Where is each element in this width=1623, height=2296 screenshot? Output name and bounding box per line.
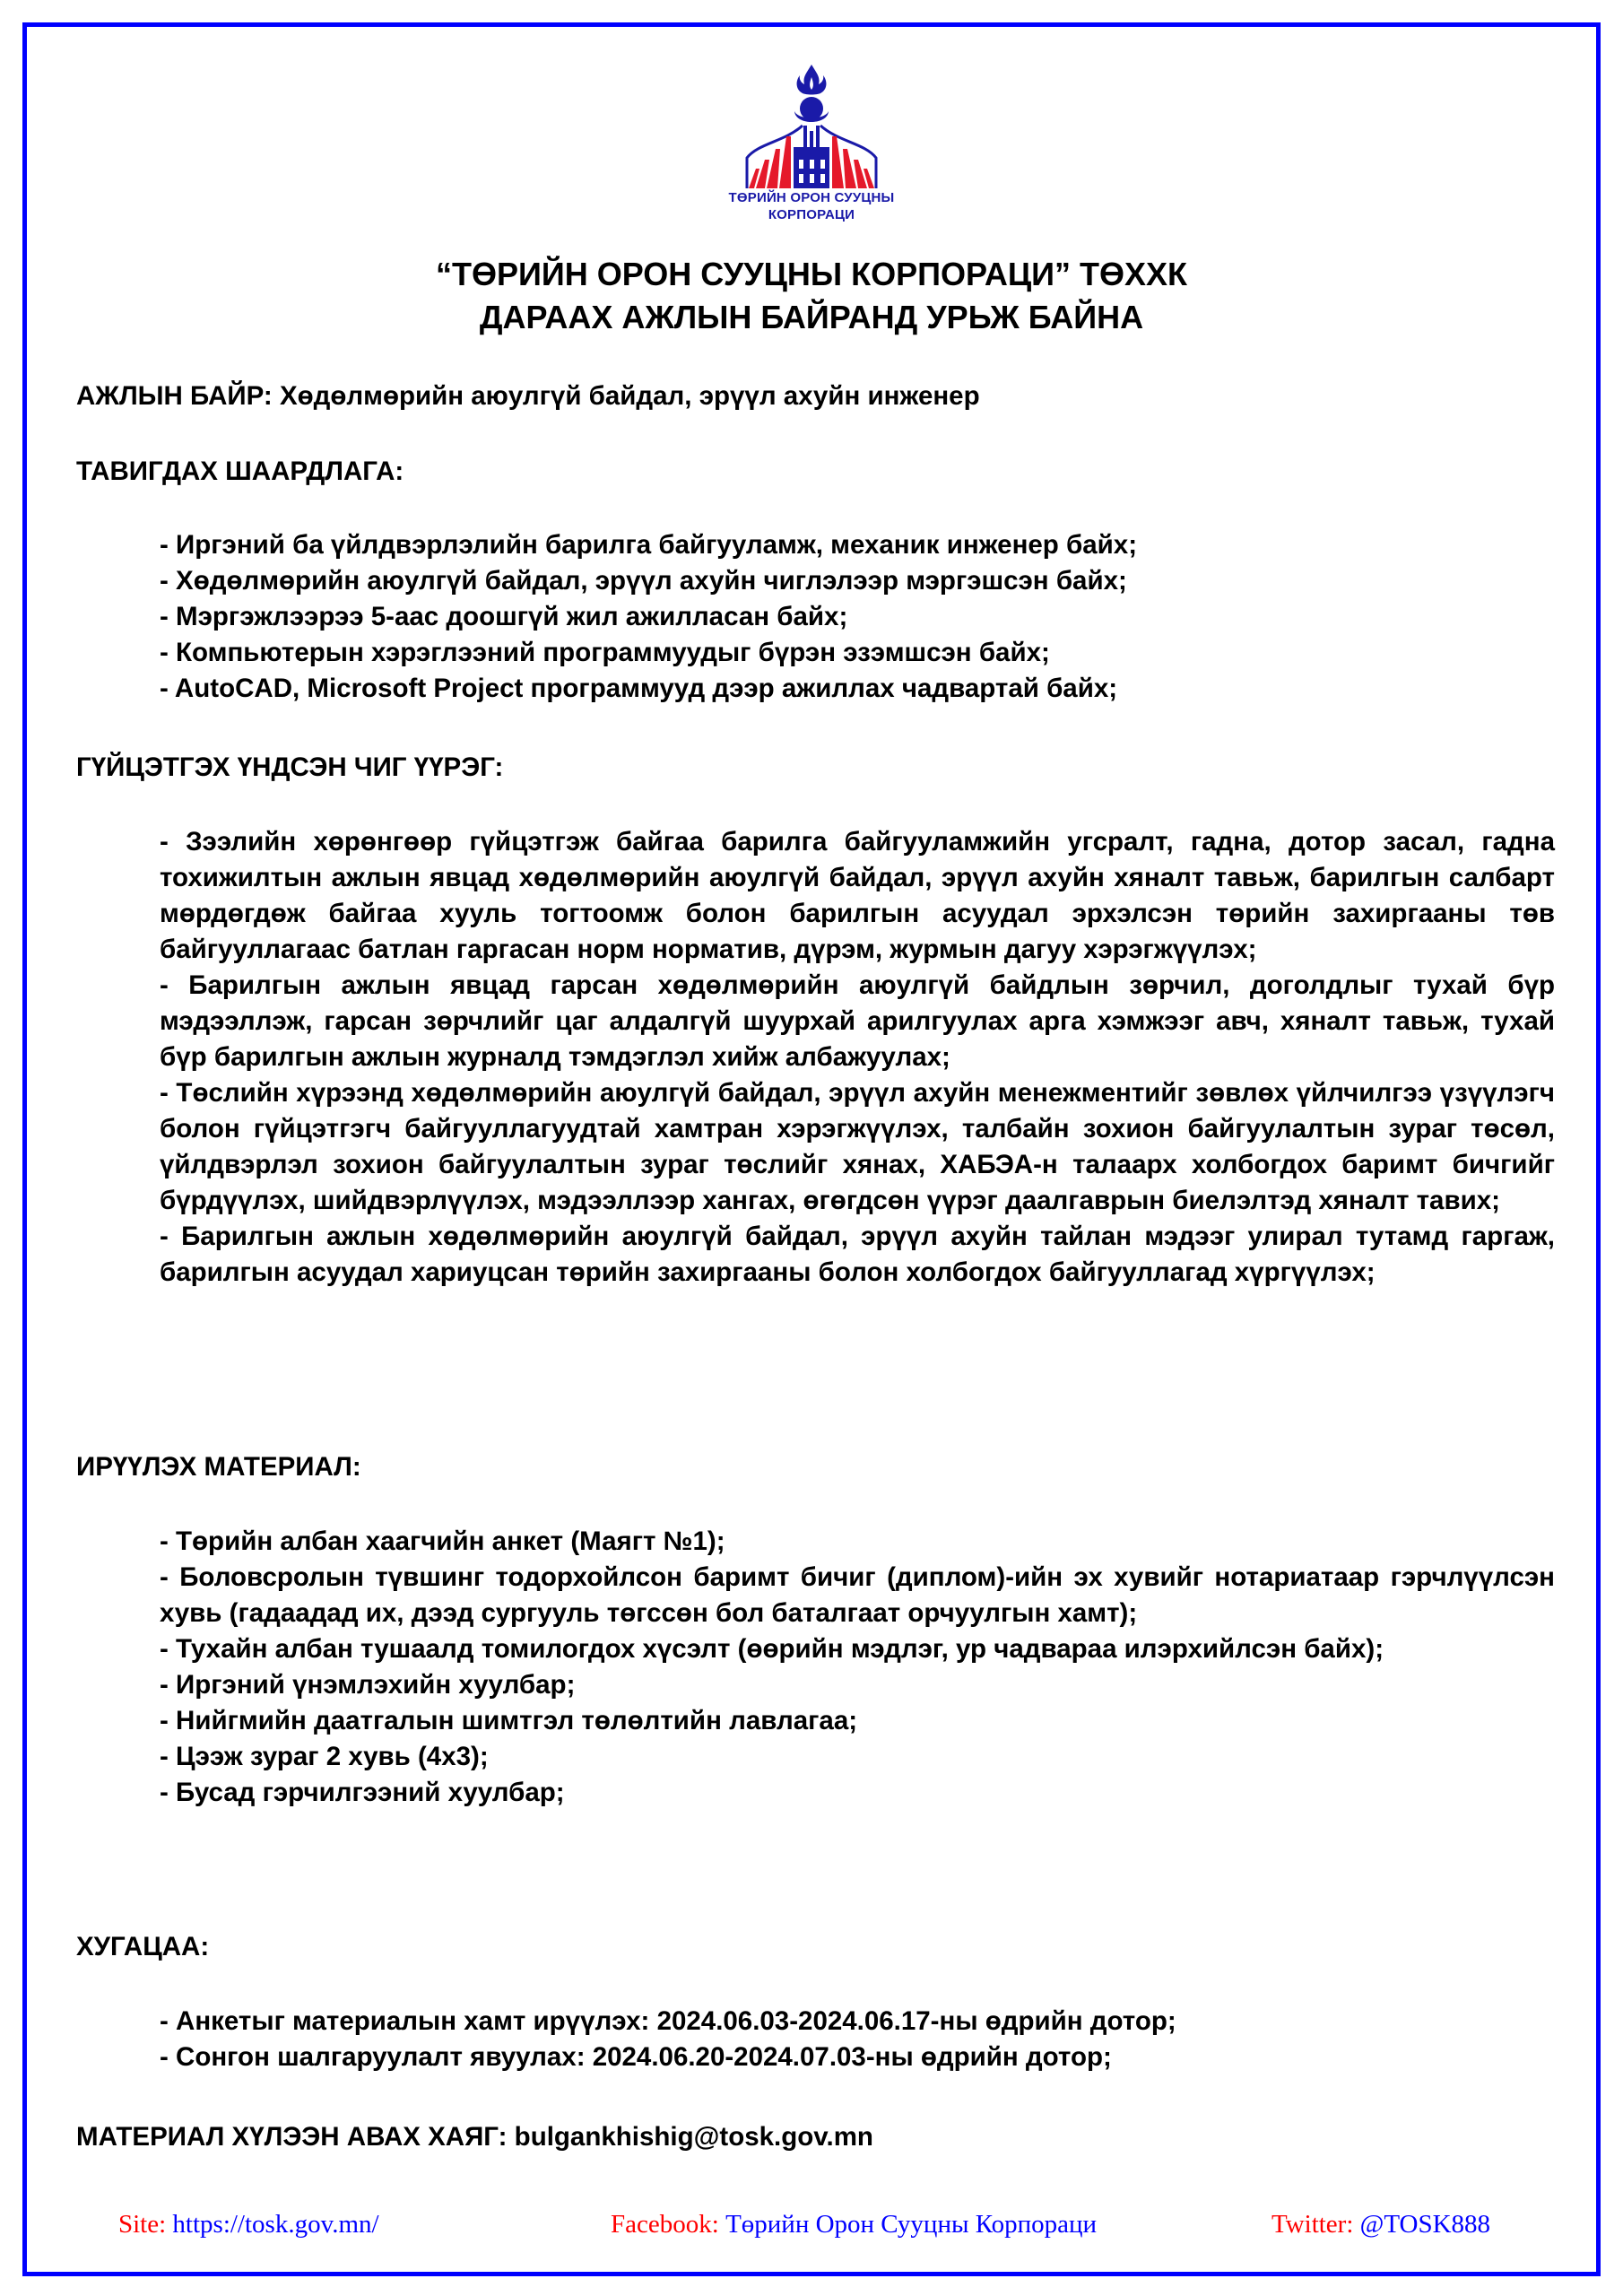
footer-twitter: Twitter: @TOSK888 <box>1271 2208 1490 2240</box>
footer-twitter-label: Twitter: <box>1271 2210 1353 2239</box>
list-item: - Төрийн албан хаагчийн анкет (Маягт №1)… <box>160 1524 1555 1560</box>
list-item: - Боловсролын түвшинг тодорхойлсон барим… <box>160 1560 1555 1631</box>
list-item: - Компьютерын хэрэглээний программуудыг … <box>160 635 1555 671</box>
footer-site-link[interactable]: https://tosk.gov.mn/ <box>172 2210 378 2239</box>
deadline-list: - Анкетыг материалын хамт ирүүлэх: 2024.… <box>160 2004 1555 2075</box>
list-item: - Барилгын ажлын хөдөлмөрийн аюулгүй бай… <box>160 1219 1555 1291</box>
footer-facebook-label: Facebook: <box>611 2210 719 2239</box>
requirements-heading: ТАВИГДАХ ШААРДЛАГА: <box>76 454 1556 490</box>
list-item: - Төслийн хүрээнд хөдөлмөрийн аюулгүй ба… <box>160 1075 1555 1219</box>
footer-twitter-link[interactable]: @TOSK888 <box>1360 2210 1490 2239</box>
deadline-heading: ХУГАЦАА: <box>76 1929 1556 1965</box>
duties-heading: ГҮЙЦЭТГЭХ ҮНДСЭН ЧИГ ҮҮРЭГ: <box>76 750 1556 786</box>
title-line-2: ДАРААХ АЖЛЫН БАЙРАНД УРЬЖ БАЙНА <box>0 296 1623 339</box>
contact-email[interactable]: bulgankhishig@tosk.gov.mn <box>515 2122 873 2152</box>
footer-site-label: Site: <box>118 2210 166 2239</box>
logo-wordmark: ТӨРИЙН ОРОН СУУЦНЫ КОРПОРАЦИ <box>699 189 924 223</box>
list-item: - Иргэний ба үйлдвэрлэлийн барилга байгу… <box>160 527 1555 563</box>
contact-address: МАТЕРИАЛ ХҮЛЭЭН АВАХ ХАЯГ: bulgankhishig… <box>76 2119 1556 2155</box>
list-item: - Зээлийн хөрөнгөөр гүйцэтгэж байгаа бар… <box>160 824 1555 968</box>
requirements-list: - Иргэний ба үйлдвэрлэлийн барилга байгу… <box>160 527 1555 707</box>
list-item: - Цээж зураг 2 хувь (4x3); <box>160 1739 1555 1775</box>
list-item: - Тухайн албан тушаалд томилогдох хүсэлт… <box>160 1631 1555 1667</box>
list-item: - AutoCAD, Microsoft Project программууд… <box>160 671 1555 707</box>
footer-facebook: Facebook: Төрийн Орон Сууцны Корпораци <box>611 2208 1097 2240</box>
materials-list: - Төрийн албан хаагчийн анкет (Маягт №1)… <box>160 1524 1555 1811</box>
footer-facebook-link[interactable]: Төрийн Орон Сууцны Корпораци <box>725 2210 1097 2239</box>
logo-line-1: ТӨРИЙН ОРОН СУУЦНЫ <box>699 189 924 206</box>
job-position: АЖЛЫН БАЙР: Хөдөлмөрийн аюулгүй байдал, … <box>76 378 1556 414</box>
list-item: - Иргэний үнэмлэхийн хуулбар; <box>160 1667 1555 1703</box>
list-item: - Бусад гэрчилгээний хуулбар; <box>160 1775 1555 1811</box>
soyombo-building-icon <box>731 61 892 196</box>
list-item: - Хөдөлмөрийн аюулгүй байдал, эрүүл ахуй… <box>160 563 1555 599</box>
job-position-value: Хөдөлмөрийн аюулгүй байдал, эрүүл ахуйн … <box>280 381 980 411</box>
list-item: - Нийгмийн даатгалын шимтгэл төлөлтийн л… <box>160 1703 1555 1739</box>
logo-line-2: КОРПОРАЦИ <box>699 206 924 223</box>
list-item: - Сонгон шалгаруулалт явуулах: 2024.06.2… <box>160 2039 1555 2075</box>
title-line-1: “ТӨРИЙН ОРОН СУУЦНЫ КОРПОРАЦИ” ТӨХХК <box>0 253 1623 296</box>
duties-list: - Зээлийн хөрөнгөөр гүйцэтгэж байгаа бар… <box>160 824 1555 1291</box>
footer-site: Site: https://tosk.gov.mn/ <box>118 2208 379 2240</box>
contact-label: МАТЕРИАЛ ХҮЛЭЭН АВАХ ХАЯГ: <box>76 2122 507 2152</box>
job-position-label: АЖЛЫН БАЙР: <box>76 381 273 411</box>
materials-heading: ИРҮҮЛЭХ МАТЕРИАЛ: <box>76 1449 1556 1485</box>
list-item: - Анкетыг материалын хамт ирүүлэх: 2024.… <box>160 2004 1555 2039</box>
list-item: - Мэргэжлээрээ 5-аас доошгүй жил ажиллас… <box>160 599 1555 635</box>
page-title: “ТӨРИЙН ОРОН СУУЦНЫ КОРПОРАЦИ” ТӨХХК ДАР… <box>0 253 1623 339</box>
list-item: - Барилгын ажлын явцад гарсан хөдөлмөрий… <box>160 968 1555 1075</box>
